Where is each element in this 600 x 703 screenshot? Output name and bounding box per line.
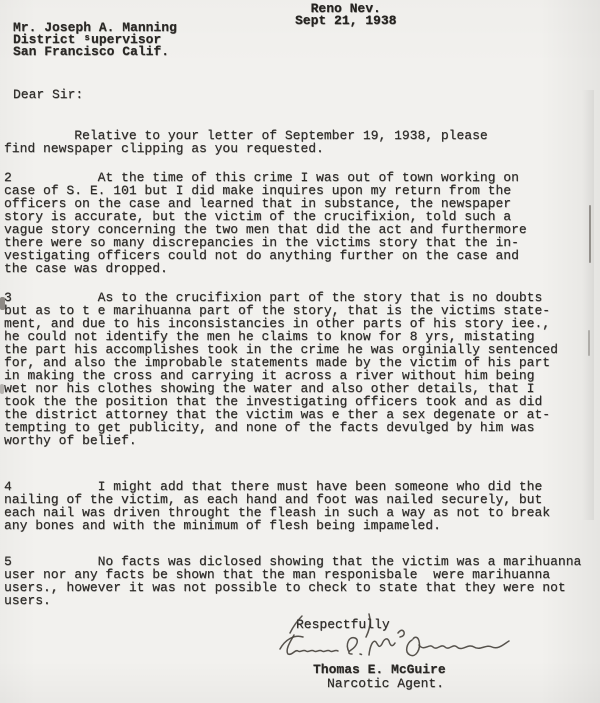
scan-streak-right bbox=[582, 90, 594, 520]
scan-smudge-left bbox=[0, 297, 5, 310]
letter-page: Reno Nev. Sept 21, 1938 Mr. Joseph A. Ma… bbox=[0, 0, 600, 703]
paragraph-2: 2 At the time of this crime I was out of… bbox=[4, 171, 527, 275]
scan-mark-right bbox=[589, 205, 591, 263]
paragraph-intro: Relative to your letter of September 19,… bbox=[4, 129, 488, 155]
recipient-address: Mr. Joseph A. Manning District ˢuperviso… bbox=[13, 22, 177, 58]
typed-signature-title: Narcotic Agent. bbox=[327, 677, 444, 690]
paragraph-4: 4 I might add that there must have been … bbox=[4, 480, 550, 532]
salutation: Dear Sir: bbox=[13, 88, 83, 101]
paragraph-5: 5 No facts was diclosed showing that the… bbox=[4, 555, 581, 607]
scan-mark-right-2 bbox=[588, 330, 590, 356]
paragraph-3: 3 As to the crucifixion part of the stor… bbox=[4, 291, 558, 447]
scan-smudge-left-2 bbox=[0, 384, 4, 394]
dateline: Reno Nev. Sept 21, 1938 bbox=[295, 3, 396, 27]
typed-signature-name: Thomas E. McGuire bbox=[313, 663, 446, 676]
closing-respectfully: Respectfully bbox=[296, 618, 390, 631]
